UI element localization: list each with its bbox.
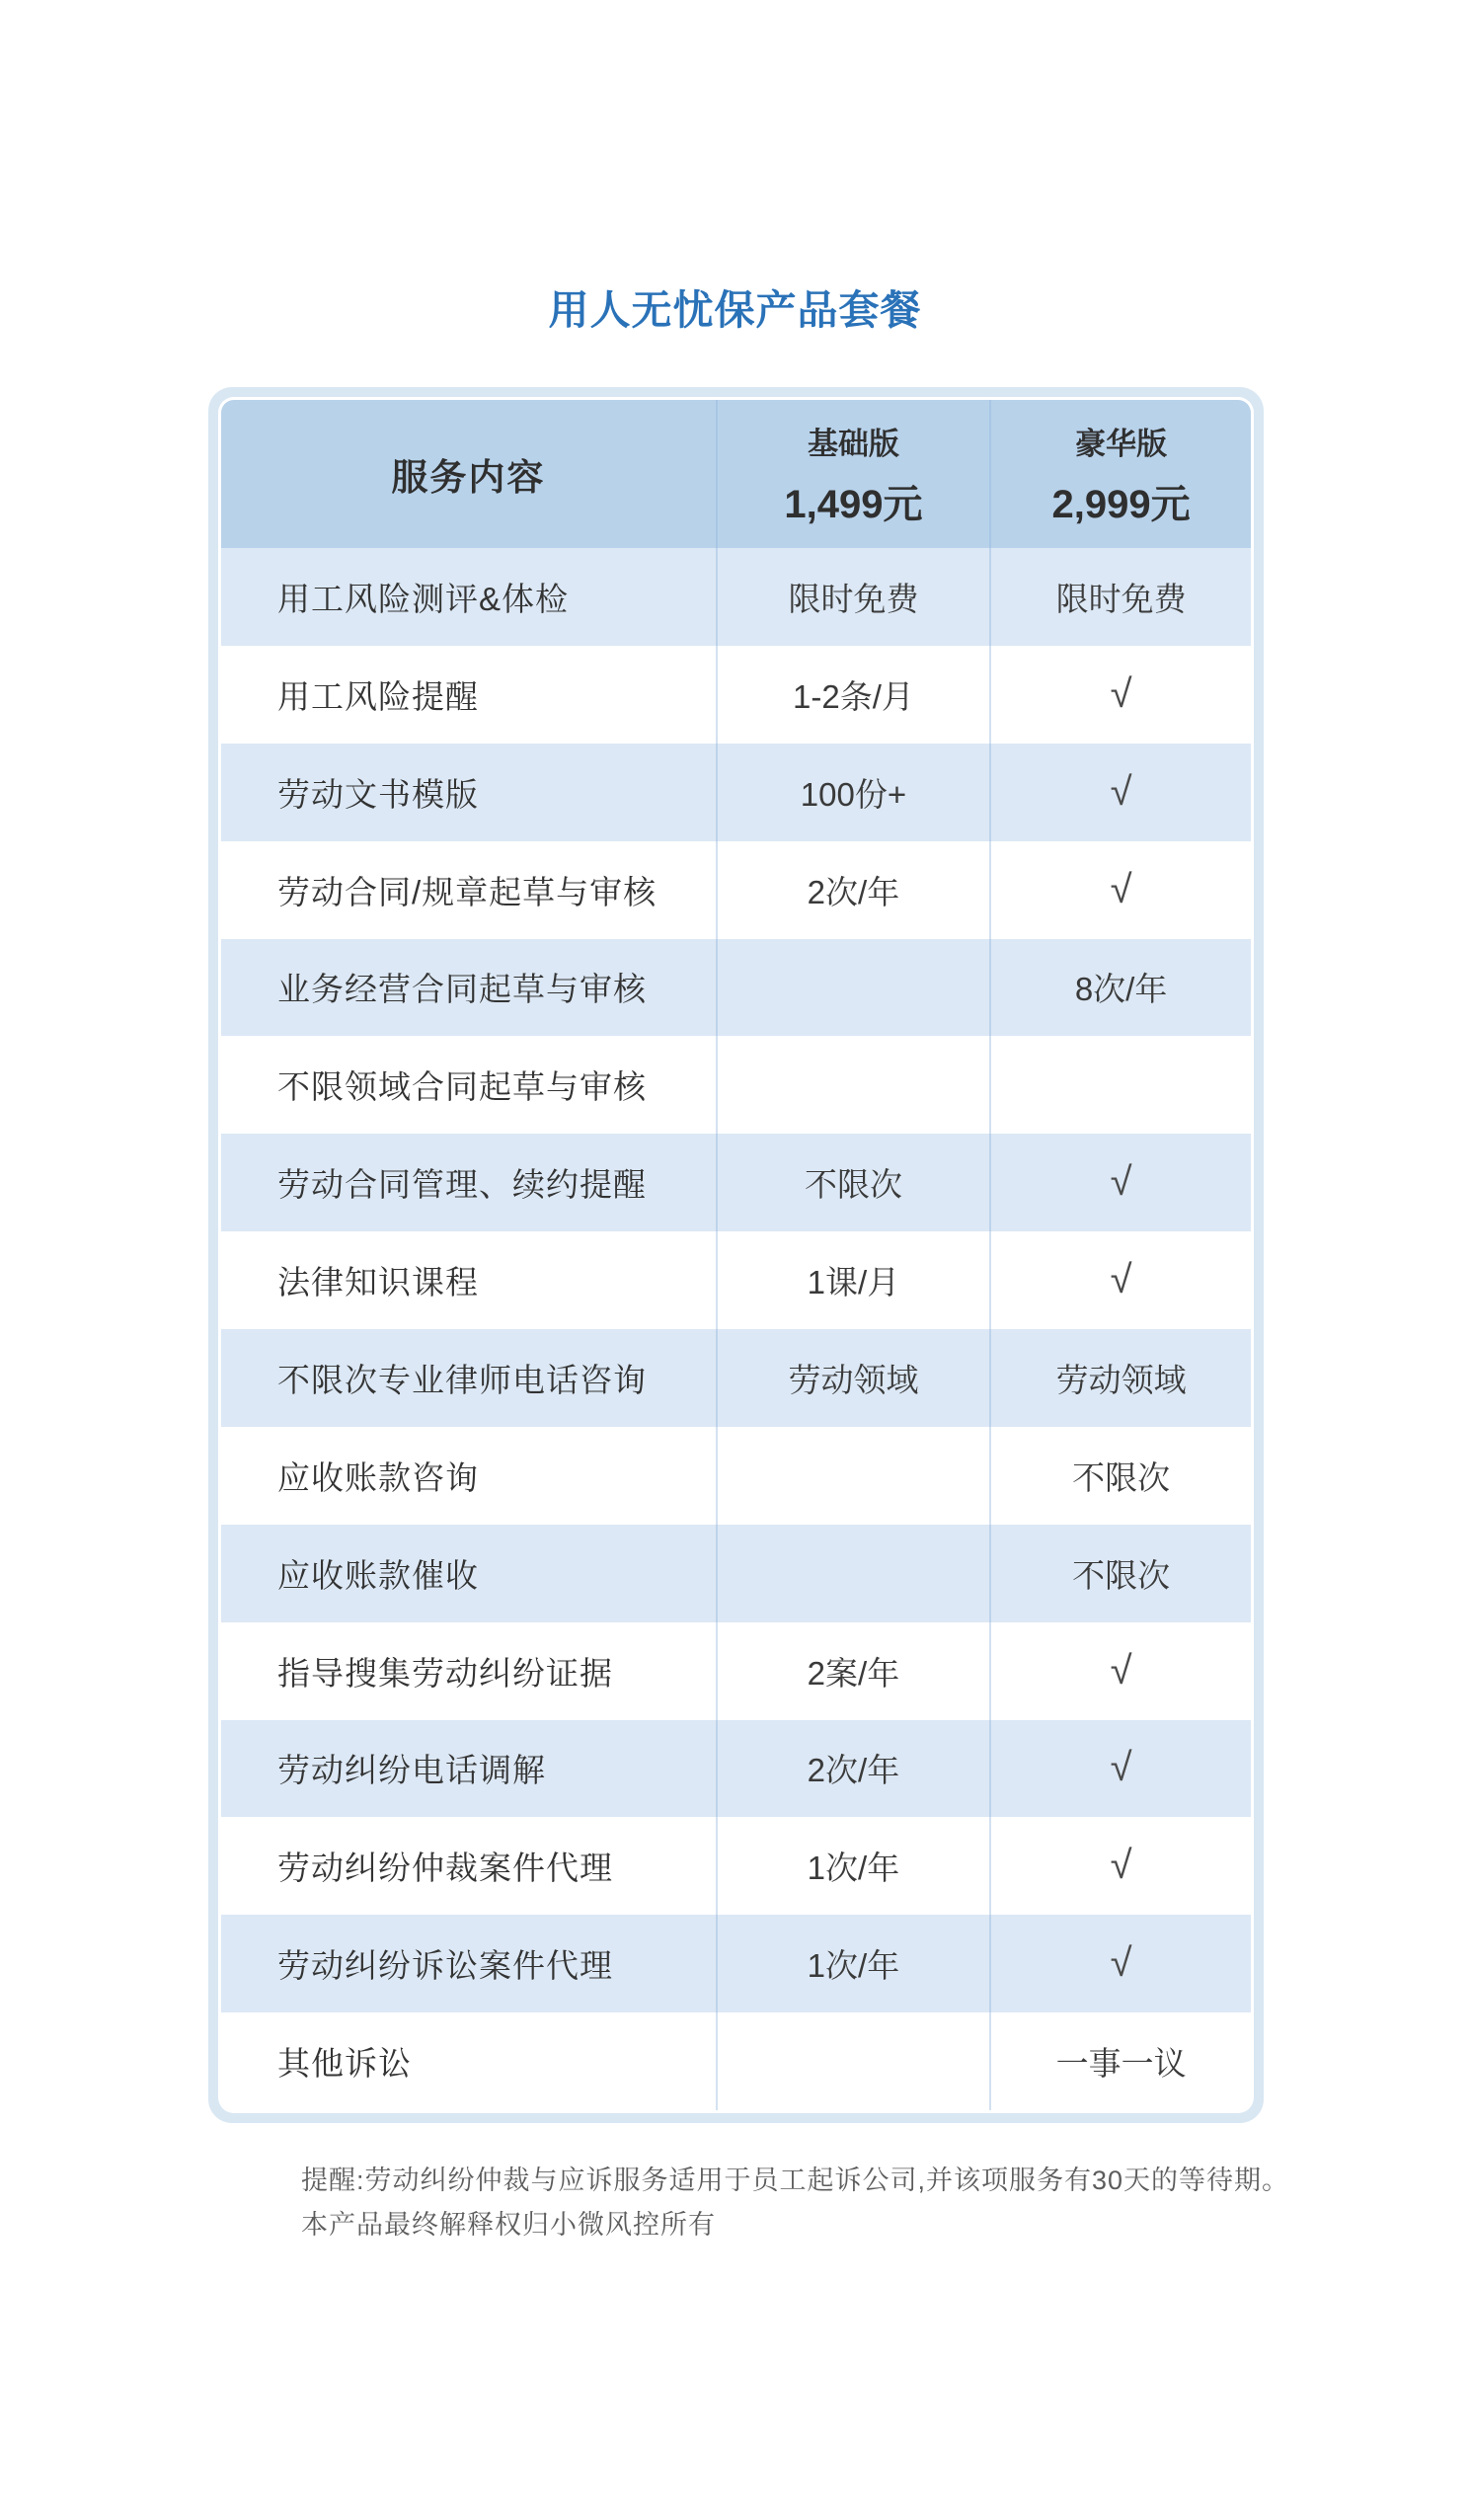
service-name: 劳动合同/规章起草与审核 (221, 841, 718, 939)
deluxe-value: 不限次 (991, 1525, 1251, 1622)
deluxe-value: √ (991, 1231, 1251, 1329)
footnote-reminder: 提醒:劳动纠纷仲裁与应诉服务适用于员工起诉公司,并该项服务有30天的等待期。 (301, 2159, 1249, 2203)
service-name: 应收账款咨询 (221, 1427, 718, 1525)
basic-plan-price: 1,499元 (784, 473, 922, 529)
table-row: 不限领域合同起草与审核 (221, 1036, 1251, 1134)
basic-value: 2次/年 (718, 1720, 991, 1818)
deluxe-value: 一事一议 (991, 2012, 1251, 2110)
table-row: 应收账款催收 不限次 (221, 1525, 1251, 1622)
basic-value (718, 1036, 991, 1134)
basic-value: 限时免费 (718, 548, 991, 646)
basic-value: 不限次 (718, 1134, 991, 1231)
deluxe-value: √ (991, 646, 1251, 744)
deluxe-plan-price: 2,999元 (1052, 473, 1191, 529)
basic-value: 100份+ (718, 744, 991, 841)
basic-value: 1-2条/月 (718, 646, 991, 744)
table-row: 不限次专业律师电话咨询 劳动领域 劳动领域 (221, 1329, 1251, 1427)
basic-value: 1次/年 (718, 1915, 991, 2012)
basic-value: 劳动领域 (718, 1329, 991, 1427)
service-name: 劳动文书模版 (221, 744, 718, 841)
service-name: 用工风险测评&体检 (221, 548, 718, 646)
header-basic-plan: 基础版 1,499元 (718, 400, 991, 548)
table-header-row: 服务内容 基础版 1,499元 豪华版 2,999元 (221, 400, 1251, 548)
service-name: 用工风险提醒 (221, 646, 718, 744)
header-deluxe-plan: 豪华版 2,999元 (991, 400, 1251, 548)
basic-value: 1次/年 (718, 1817, 991, 1915)
table-body: 用工风险测评&体检 限时免费 限时免费 用工风险提醒 1-2条/月 √ 劳动文书… (221, 548, 1251, 2110)
table-row: 应收账款咨询 不限次 (221, 1427, 1251, 1525)
table-row: 业务经营合同起草与审核 8次/年 (221, 939, 1251, 1037)
basic-value: 2次/年 (718, 841, 991, 939)
service-name: 应收账款催收 (221, 1525, 718, 1622)
page: 用人无忧保产品套餐 服务内容 基础版 1,499元 豪华版 2,999元 (0, 0, 1470, 2520)
table-row: 用工风险测评&体检 限时免费 限时免费 (221, 548, 1251, 646)
deluxe-value: 8次/年 (991, 939, 1251, 1037)
service-name: 劳动合同管理、续约提醒 (221, 1134, 718, 1231)
service-name: 指导搜集劳动纠纷证据 (221, 1622, 718, 1720)
pricing-table-inner: 服务内容 基础版 1,499元 豪华版 2,999元 用工风险测评&体检 限时免… (221, 400, 1251, 2110)
deluxe-value: 不限次 (991, 1427, 1251, 1525)
deluxe-value: √ (991, 1915, 1251, 2012)
table-row: 劳动纠纷诉讼案件代理 1次/年 √ (221, 1915, 1251, 2012)
footnote-copyright: 本产品最终解释权归小微风控所有 (301, 2203, 1249, 2247)
deluxe-value: √ (991, 1622, 1251, 1720)
basic-value (718, 939, 991, 1037)
header-service-label: 服务内容 (391, 447, 545, 501)
footnotes: 提醒:劳动纠纷仲裁与应诉服务适用于员工起诉公司,并该项服务有30天的等待期。 本… (301, 2159, 1249, 2247)
table-row: 指导搜集劳动纠纷证据 2案/年 √ (221, 1622, 1251, 1720)
basic-value (718, 1525, 991, 1622)
service-name: 劳动纠纷诉讼案件代理 (221, 1915, 718, 2012)
table-row: 劳动合同管理、续约提醒 不限次 √ (221, 1134, 1251, 1231)
deluxe-plan-name: 豪华版 (1075, 419, 1167, 463)
table-row: 其他诉讼 一事一议 (221, 2012, 1251, 2110)
table-row: 用工风险提醒 1-2条/月 √ (221, 646, 1251, 744)
service-name: 不限领域合同起草与审核 (221, 1036, 718, 1134)
basic-value (718, 1427, 991, 1525)
deluxe-value: 限时免费 (991, 548, 1251, 646)
deluxe-value: √ (991, 841, 1251, 939)
table-row: 劳动文书模版 100份+ √ (221, 744, 1251, 841)
table-row: 劳动合同/规章起草与审核 2次/年 √ (221, 841, 1251, 939)
header-service-content: 服务内容 (221, 400, 718, 548)
deluxe-value: 劳动领域 (991, 1329, 1251, 1427)
table-row: 法律知识课程 1课/月 √ (221, 1231, 1251, 1329)
service-name: 劳动纠纷仲裁案件代理 (221, 1817, 718, 1915)
table-row: 劳动纠纷电话调解 2次/年 √ (221, 1720, 1251, 1818)
table-row: 劳动纠纷仲裁案件代理 1次/年 √ (221, 1817, 1251, 1915)
service-name: 其他诉讼 (221, 2012, 718, 2110)
service-name: 法律知识课程 (221, 1231, 718, 1329)
pricing-card: 服务内容 基础版 1,499元 豪华版 2,999元 用工风险测评&体检 限时免… (208, 387, 1264, 2123)
pricing-table: 服务内容 基础版 1,499元 豪华版 2,999元 用工风险测评&体检 限时免… (218, 397, 1254, 2113)
page-title: 用人无忧保产品套餐 (0, 277, 1470, 336)
deluxe-value: √ (991, 1817, 1251, 1915)
deluxe-value: √ (991, 1720, 1251, 1818)
basic-plan-name: 基础版 (808, 419, 899, 463)
basic-value: 1课/月 (718, 1231, 991, 1329)
service-name: 不限次专业律师电话咨询 (221, 1329, 718, 1427)
deluxe-value: √ (991, 1134, 1251, 1231)
service-name: 劳动纠纷电话调解 (221, 1720, 718, 1818)
deluxe-value (991, 1036, 1251, 1134)
basic-value (718, 2012, 991, 2110)
basic-value: 2案/年 (718, 1622, 991, 1720)
deluxe-value: √ (991, 744, 1251, 841)
service-name: 业务经营合同起草与审核 (221, 939, 718, 1037)
